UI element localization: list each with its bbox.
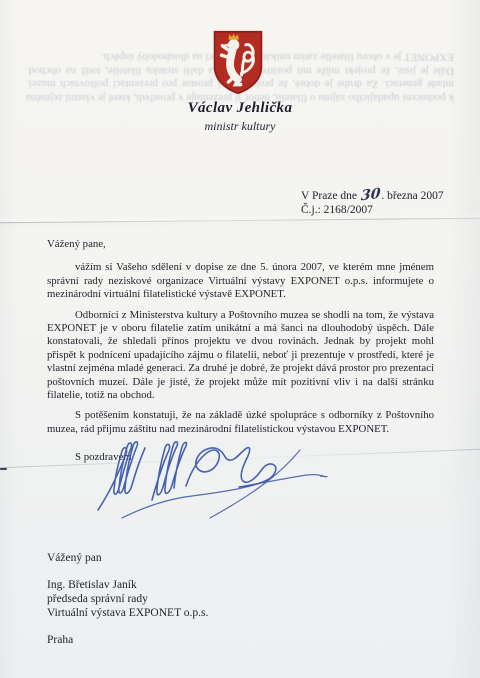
- reference-number: Č.j.: 2168/2007: [301, 203, 444, 217]
- addressee-name: Ing. Břetislav Janík: [47, 578, 208, 592]
- addressee-heading: Vážený pan: [47, 551, 208, 565]
- lion-head: [228, 39, 239, 50]
- salutation: Vážený pane,: [47, 238, 434, 251]
- addressee-city: Praha: [47, 633, 208, 647]
- blank-line: [47, 565, 208, 578]
- date-prefix: V Praze dne: [301, 190, 357, 202]
- scan-speck: [0, 468, 7, 470]
- sender-name: Václav Jehlička: [0, 100, 480, 117]
- paragraph-1: vážím si Vašeho sdělení v dopise ze dne …: [47, 261, 434, 301]
- handwritten-day: 30: [360, 187, 380, 204]
- paragraph-2: Odborníci z Ministerstva kultury a Pošto…: [47, 309, 434, 403]
- addressee-role: předseda správní rady: [47, 592, 208, 606]
- paragraph-3: S potěšením konstatuji, že na základě úz…: [47, 409, 434, 436]
- date-line: V Praze dne 30. března 2007: [301, 188, 444, 203]
- dateline-block: V Praze dne 30. března 2007 Č.j.: 2168/2…: [301, 188, 444, 217]
- addressee-block: Vážený pan Ing. Břetislav Janík předseda…: [47, 551, 208, 647]
- addressee-organization: Virtuální výstava EXPONET o.p.s.: [47, 606, 208, 620]
- closing-phrase: S pozdravem: [47, 451, 434, 464]
- czech-coat-of-arms-icon: [212, 30, 264, 96]
- scan-speck: [320, 476, 328, 477]
- sender-title: ministr kultury: [0, 119, 480, 134]
- fold-line-upper: [0, 218, 480, 224]
- blank-line: [47, 620, 208, 633]
- letter-body: Vážený pane, vážím si Vašeho sdělení v d…: [47, 238, 434, 465]
- date-suffix: . března 2007: [381, 190, 443, 202]
- scanned-letter-page: k podnícení upadajícího zájmu o filateli…: [0, 0, 480, 678]
